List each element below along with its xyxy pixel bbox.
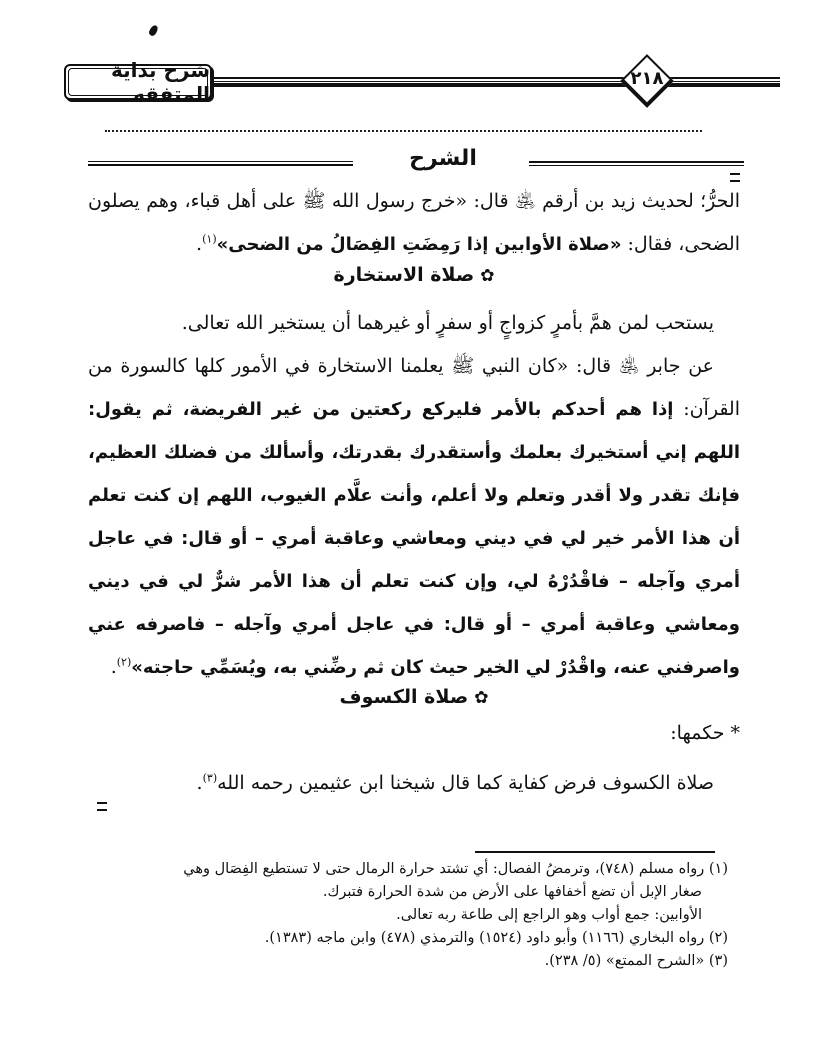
page-number: ٢١٨: [620, 68, 674, 89]
footnote-1: (١) رواه مسلم (٧٤٨)، وترمضُ الفصال: أي ت…: [88, 858, 728, 881]
flower-ornament-icon: ✿: [474, 688, 488, 708]
istikhara-body: يستحب لمن همَّ بأمرٍ كزواجٍ أو سفرٍ أو غ…: [88, 302, 740, 689]
footnote-separator: [475, 851, 715, 853]
ruling-label: * حكمها:: [670, 722, 740, 744]
section-title: الشرح: [363, 146, 523, 171]
book-title: شرح بداية المتفقه: [66, 58, 210, 106]
scan-mark: [148, 24, 160, 37]
footnote-1-cont: الأوابين: جمع أواب وهو الراجع إلى طاعة ر…: [88, 904, 728, 927]
section-rule-right: [529, 161, 744, 166]
paragraph-istikhara-hadith: عن جابر ﵁ قال: «كان النبي ﷺ يعلمنا الاست…: [88, 345, 740, 689]
footnote-3: (٣) «الشرح الممتع» (٥/ ٢٣٨).: [88, 950, 728, 973]
footnote-ref-1[interactable]: (١): [202, 233, 217, 246]
running-header: شرح بداية المتفقه ٢١٨: [60, 50, 780, 110]
page-number-badge: ٢١٨: [620, 54, 674, 108]
heading-istikhara: ✿صلاة الاستخارة: [88, 264, 740, 286]
footnote-ref-2[interactable]: (٢): [117, 656, 132, 669]
hadith-quote: «صلاة الأوابين إذا رَمِضَتِ الفِصَالُ من…: [217, 234, 622, 255]
heading-text: صلاة الكسوف: [340, 686, 469, 708]
footnote-2: (٢) رواه البخاري (١١٦٦) وأبو داود (١٥٢٤)…: [88, 927, 728, 950]
kusuf-body: صلاة الكسوف فرض كفاية كما قال شيخنا ابن …: [88, 762, 740, 805]
header-rule: [205, 77, 780, 87]
heading-kusuf: ✿صلاة الكسوف: [88, 686, 740, 708]
hadith-quote: إذا هم أحدكم بالأمر فليركع ركعتين من غير…: [88, 399, 740, 678]
section-rule-left: [88, 161, 353, 166]
paragraph-text: صلاة الكسوف فرض كفاية كما قال شيخنا ابن …: [217, 772, 714, 794]
paragraph-istikhara-ruling: يستحب لمن همَّ بأمرٍ كزواجٍ أو سفرٍ أو غ…: [88, 302, 740, 345]
footnotes: (١) رواه مسلم (٧٤٨)، وترمضُ الفصال: أي ت…: [88, 858, 728, 973]
section-title-row: الشرح: [88, 150, 744, 180]
footnote-1-cont: صغار الإبل أن تضع أخفافها على الأرض من ش…: [88, 881, 728, 904]
book-title-frame: شرح بداية المتفقه: [64, 64, 212, 100]
flower-ornament-icon: ✿: [480, 266, 494, 286]
margin-mark: [97, 802, 107, 811]
footnote-ref-3[interactable]: (٣): [203, 772, 218, 785]
paragraph-duha: الحرُّ؛ لحديث زيد بن أرقم ﵁ قال: «خرج رس…: [88, 180, 740, 266]
heading-text: صلاة الاستخارة: [334, 264, 475, 286]
dotted-separator: [105, 130, 702, 132]
document-page: شرح بداية المتفقه ٢١٨ الشرح الحرُّ؛ لحدي…: [0, 0, 830, 1060]
